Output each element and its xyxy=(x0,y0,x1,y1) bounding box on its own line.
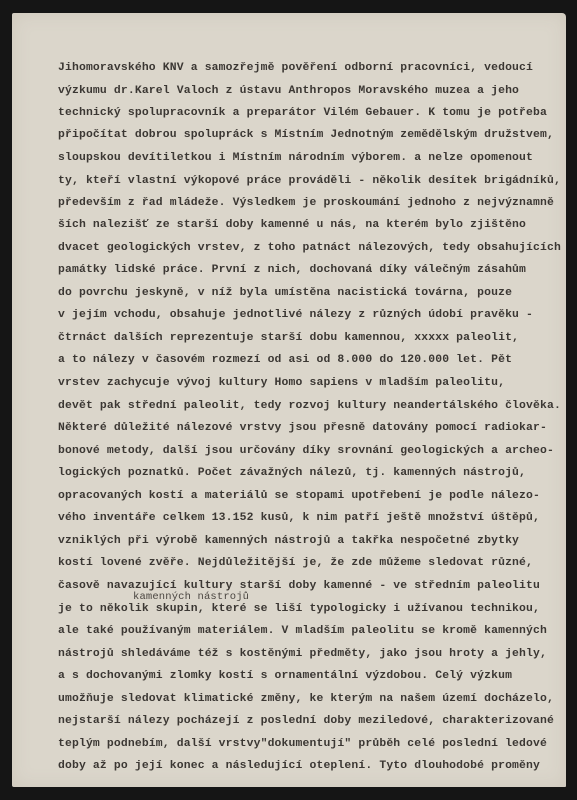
text-line: do povrchu jeskyně, v níž byla umístěna … xyxy=(58,286,512,300)
text-line: kostí lovené zvěře. Nejdůležitější je, ž… xyxy=(58,556,533,570)
text-line: nástrojů shledáváme též s kostěnými před… xyxy=(58,647,547,661)
scanned-document: Jihomoravského KNV a samozřejmě pověření… xyxy=(0,0,577,800)
text-line: čtrnáct dalších reprezentuje starší dobu… xyxy=(58,331,519,345)
text-line: Některé důležité nálezové vrstvy jsou př… xyxy=(58,421,547,435)
text-line: časově navazující kultury starší doby ka… xyxy=(58,579,540,593)
text-line: devět pak střední paleolit, tedy rozvoj … xyxy=(58,399,561,413)
text-line: ty, kteří vlastní výkopové práce provádě… xyxy=(58,174,561,188)
text-line: především z řad mládeže. Výsledkem je pr… xyxy=(58,196,554,210)
text-line: výzkumu dr.Karel Valoch z ústavu Anthrop… xyxy=(58,84,519,98)
text-line: připočítat dobrou spolupráck s Místním J… xyxy=(58,128,554,142)
text-line: a s dochovanými zlomky kostí s ornamentá… xyxy=(58,669,512,683)
text-line: vrstev zachycuje vývoj kultury Homo sapi… xyxy=(58,376,505,390)
text-line: doby až po její konec a následující otep… xyxy=(58,759,540,773)
text-line: v jejím vchodu, obsahuje jednotlivé nále… xyxy=(58,308,533,322)
text-line: umožňuje sledovat klimatické změny, ke k… xyxy=(58,692,554,706)
text-line: vzniklých při výrobě kamenných nástrojů … xyxy=(58,534,519,548)
text-line: a to nálezy v časovém rozmezí od asi od … xyxy=(58,353,512,367)
text-line: dvacet geologických vrstev, z toho patná… xyxy=(58,241,561,255)
text-line: technický spolupracovník a preparátor Vi… xyxy=(58,106,547,120)
text-line: sloupskou devítiletkou i Místním národní… xyxy=(58,151,533,165)
text-line: památky lidské práce. První z nich, doch… xyxy=(58,263,526,277)
text-line: opracovaných kostí a materiálů se stopam… xyxy=(58,489,540,503)
text-line: vého inventáře celkem 13.152 kusů, k nim… xyxy=(58,511,540,525)
text-line: nejstarší nálezy pocházejí z poslední do… xyxy=(58,714,554,728)
text-line: ších nalezišť ze starší doby kamenné u n… xyxy=(58,218,526,232)
text-line: ale také používaným materiálem. V mladší… xyxy=(58,624,547,638)
text-line: teplým podnebím, další vrstvy"dokumentuj… xyxy=(58,737,547,751)
text-line: Jihomoravského KNV a samozřejmě pověření… xyxy=(58,61,533,75)
text-line: je to několik skupin, které se liší typo… xyxy=(58,602,540,616)
text-line: logických poznatků. Počet závažných nále… xyxy=(58,466,526,480)
text-line: bonové metody, další jsou určovány díky … xyxy=(58,444,554,458)
